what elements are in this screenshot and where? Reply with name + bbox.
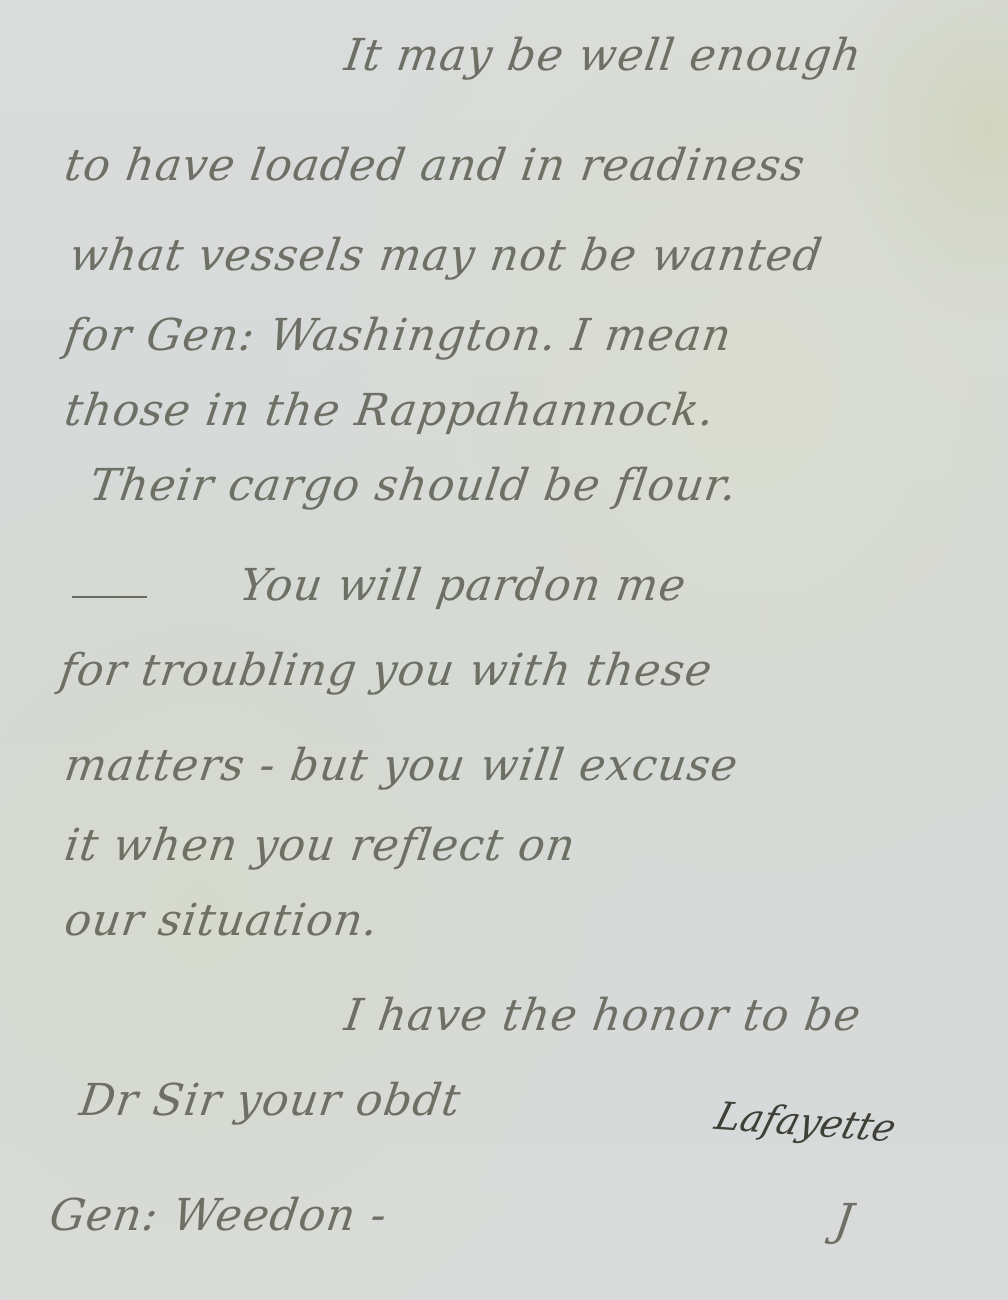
letter-page: It may be well enough to have loaded and… (0, 0, 1008, 1300)
letter-line-6: Their cargo should be flour. (86, 460, 740, 511)
salutation-close: Dr Sir your obdt (76, 1075, 464, 1126)
letter-line-1: It may be well enough (341, 30, 865, 81)
letter-line-10: it when you reflect on (61, 820, 579, 871)
letter-line-4: for Gen: Washington. I mean (61, 310, 735, 361)
addressee: Gen: Weedon - (46, 1190, 390, 1241)
letter-line-5: those in the Rappahannock. (61, 385, 718, 436)
letter-line-2: to have loaded and in readiness (61, 140, 808, 191)
letter-line-11: our situation. (61, 895, 381, 946)
page-mark: J (831, 1195, 857, 1246)
letter-line-8: for troubling you with these (56, 645, 715, 696)
letter-line-3: what vessels may not be wanted (66, 230, 825, 281)
letter-line-9: matters - but you will excuse (61, 740, 741, 791)
letter-line-7: You will pardon me (236, 560, 689, 611)
leading-dash (72, 596, 147, 598)
closing-line: I have the honor to be (341, 990, 864, 1041)
signature: Lafayette (710, 1094, 901, 1151)
